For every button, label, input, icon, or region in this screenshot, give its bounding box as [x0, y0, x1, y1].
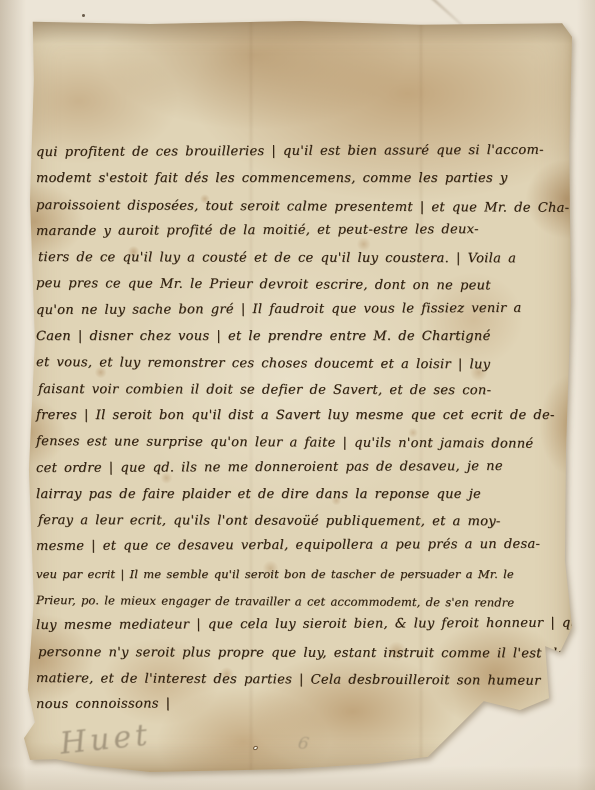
text-line: qu'on ne luy sache bon gré | Il faudroit… [36, 295, 560, 324]
text-line: nous connoissons | [36, 690, 560, 719]
text-line: freres | Il seroit bon qu'il dist a Save… [36, 403, 560, 429]
text-line: Caen | disner chez vous | et le prendre … [36, 324, 560, 350]
photo-backing: qui profitent de ces brouilleries | qu'i… [0, 0, 595, 790]
text-line: qui profitent de ces brouilleries | qu'i… [36, 138, 560, 167]
text-line: mesme | et que ce desaveu verbal, equipo… [36, 532, 560, 561]
text-line: veu par ecrit | Il me semble qu'il seroi… [36, 561, 560, 587]
text-line: faisant voir combien il doit se defier d… [38, 377, 562, 405]
paper-fleck [252, 745, 258, 751]
letter-text: qui profitent de ces brouilleries | qu'i… [36, 140, 560, 719]
text-line: marande y auroit profité de la moitié, e… [36, 217, 560, 246]
text-line: cet ordre | que qd. ils ne me donneroien… [36, 453, 560, 482]
pencil-inscription: Huet [58, 717, 152, 761]
ink-speck [82, 14, 85, 17]
text-line: luy mesme mediateur | que cela luy siero… [36, 611, 560, 640]
pencil-mark: 6 [297, 733, 311, 754]
text-line: tiers de ce qu'il luy a cousté et de ce … [38, 245, 562, 273]
text-line: et vous, et luy remonstrer ces choses do… [36, 350, 560, 379]
manuscript-page-wrap: qui profitent de ces brouilleries | qu'i… [24, 18, 572, 772]
text-line: lairray pas de faire plaider et de dire … [36, 482, 560, 508]
manuscript-page: qui profitent de ces brouilleries | qu'i… [24, 18, 572, 772]
text-line: personne n'y seroit plus propre que luy,… [38, 640, 562, 668]
text-line: modemt s'estoit fait dés les commencemen… [36, 166, 560, 192]
